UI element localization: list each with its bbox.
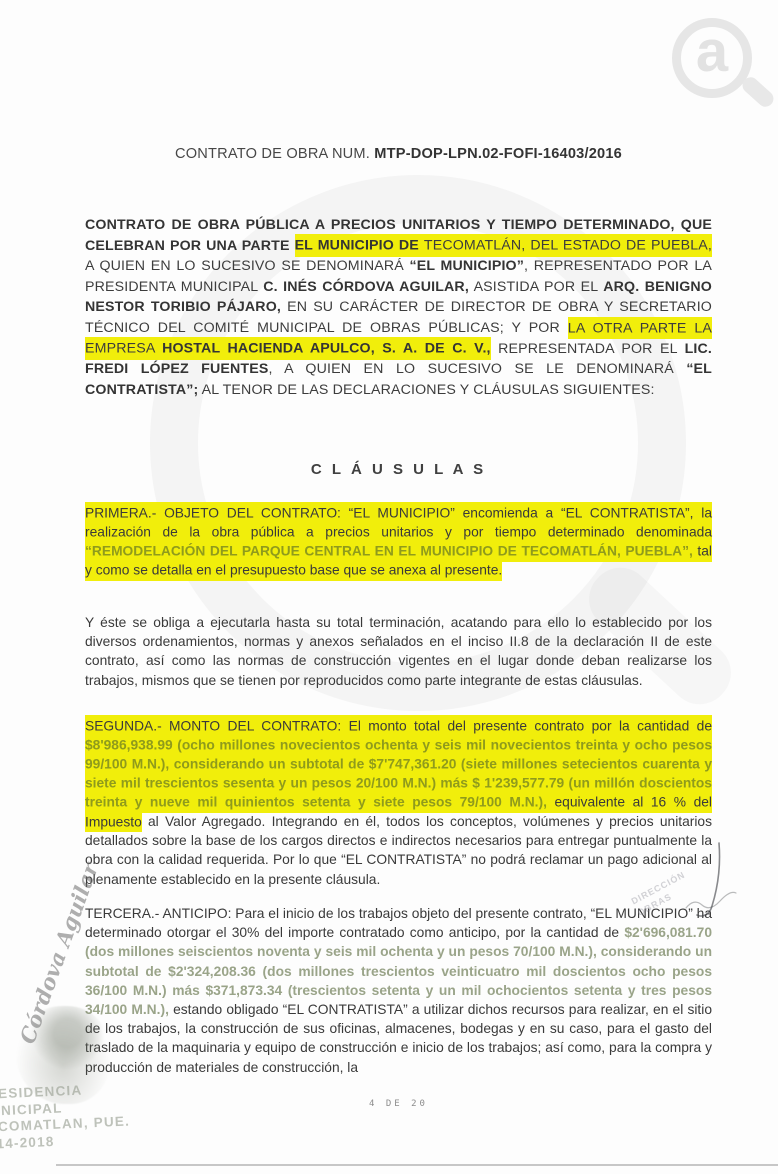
text-segment: A QUIEN EN LO SUCESIVO SE DENOMINARÁ [85,258,409,274]
presidencia-municipal-stamp: PRESIDENCIAMUNICIPALTECOMATLAN, PUE.2014… [0,1079,169,1153]
intro-paragraph: CONTRATO DE OBRA PÚBLICA A PRECIOS UNITA… [85,215,712,400]
text-segment: CONTRATO DE OBRA NUM. [175,146,374,162]
text-segment: EL MUNICIPIO DE [295,234,424,257]
text-segment: TERCERA.- ANTICIPO: Para el inicio de lo… [85,906,712,940]
text-segment: “EL MUNICIPIO” [409,258,524,274]
magnifier-watermark-icon: a [666,10,776,114]
clause-segunda: SEGUNDA.- MONTO DEL CONTRATO: El monto t… [85,716,712,889]
text-segment: al Valor Agregado. Integrando en él, tod… [85,814,712,887]
magnifier-letter: a [680,16,744,86]
text-segment: , A QUIEN EN LO SUCESIVO SE LE DENOMINAR… [268,361,686,377]
page-number: 4 DE 20 [85,1099,712,1109]
text-segment: C. INÉS CÓRDOVA AGUILAR, [263,279,469,295]
obligation-paragraph: Y éste se obliga a ejecutarla hasta su t… [85,613,712,690]
text-segment: TECOMATLÁN, DEL ESTADO DE PUEBLA, [424,234,712,257]
contract-number-title: CONTRATO DE OBRA NUM. MTP-DOP-LPN.02-FOF… [85,146,712,162]
clause-tercera: TERCERA.- ANTICIPO: Para el inicio de lo… [85,904,712,1077]
magnifier-handle [739,74,776,110]
scan-edge-line [56,1164,778,1166]
clausulas-heading: C L Á U S U L A S [85,461,712,478]
text-segment: PRIMERA.- OBJETO DEL CONTRATO: “EL MUNIC… [85,502,712,543]
text-segment: HOSTAL HACIENDA APULCO, S. A. DE C. V., [162,337,491,360]
text-segment: estando obligado “EL CONTRATISTA” a util… [85,1002,712,1075]
text-segment: ASISTIDA POR EL [469,279,603,295]
text-segment: REPRESENTADA POR EL [491,341,685,357]
text-segment: Y éste se obliga a ejecutarla hasta su t… [85,615,712,688]
text-segment: AL TENOR DE LAS DECLARACIONES Y CLÁUSULA… [198,382,654,398]
clause-primera: PRIMERA.- OBJETO DEL CONTRATO: “EL MUNIC… [85,503,712,580]
text-segment: MTP-DOP-LPN.02-FOFI-16403/2016 [374,146,622,162]
